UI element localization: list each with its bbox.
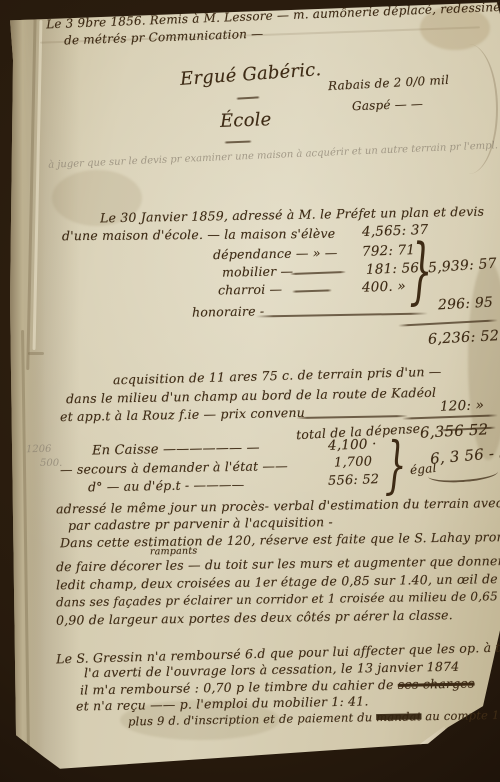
honoraire-dash-rule xyxy=(256,312,428,317)
estimation-line-4: de faire décorer les — du toit sur les m… xyxy=(56,553,500,575)
acquisition-line-1: acquisition de 11 ares 75 c. de terrain … xyxy=(113,364,442,388)
page-subtitle: École xyxy=(220,109,272,132)
honoraire-underline xyxy=(398,319,498,326)
acquisition-line-2: dans le milieu d'un champ au bord de la … xyxy=(66,385,436,406)
subtitle-underline xyxy=(224,141,252,144)
estimation-line-6: dans ses façades pr éclairer un corridor… xyxy=(56,589,500,610)
page-title: Ergué Gabéric. xyxy=(179,59,322,90)
honoraire-label: honoraire - xyxy=(192,303,265,319)
caisse-row-3-label: d° — au d'ép.t - ———— xyxy=(88,477,245,495)
mobilier-dash xyxy=(290,271,346,275)
top-note-line-1: Le 3 9bre 1856. Remis à M. Lessore — m. … xyxy=(46,0,500,31)
item-value-dependance: 792: 71 xyxy=(362,242,416,260)
honoraire-value: 296: 95 xyxy=(438,295,494,314)
item-value-charroi: 400. » xyxy=(362,278,406,296)
rabais-note-line-2: Gaspé — — xyxy=(352,97,424,113)
estimation-inserted-word: rampants xyxy=(150,546,198,558)
acquisition-amount-underline xyxy=(402,414,498,419)
item-label-mobilier: mobilier — xyxy=(222,263,293,279)
caisse-row-1-label: En Caisse —————— — xyxy=(92,441,260,459)
total-depense-value: 6,356 52 xyxy=(420,420,489,442)
caisse-row-2-label: — secours à demander à l'état —— xyxy=(60,458,288,477)
photo-background: Le 3 9bre 1856. Remis à M. Lessore — m. … xyxy=(0,0,500,782)
top-note-line-2: de métrés pr Communication — xyxy=(64,27,264,48)
caisse-row-2-value: 1,700 xyxy=(334,454,373,470)
item-label-dependance: dépendance — » — xyxy=(213,245,338,262)
estimation-line-7: 0,90 de largeur aux portes des deux côté… xyxy=(56,607,453,628)
estimation-line-5: ledit champ, deux croisées au 1er étage … xyxy=(56,571,500,593)
title-underline xyxy=(236,96,260,99)
charroi-dash xyxy=(292,289,332,292)
acquisition-amount: 120: » xyxy=(440,397,485,415)
caisse-brace: } xyxy=(385,434,407,496)
acquisition-dash-rule xyxy=(296,415,408,419)
pencil-annotation: à juger que sur le devis pr examiner une… xyxy=(48,140,498,171)
rabais-note-line-1: Rabais de 2 0/0 mil xyxy=(328,73,450,93)
closing-line-5-text-b: au compte 1, 35. xyxy=(421,708,500,724)
caisse-total-value: 6, 3 56 - 52 xyxy=(429,442,500,468)
closing-line-5-blot-word: mandat xyxy=(376,709,421,724)
caisse-row-3-value: 556: 52 xyxy=(328,472,380,489)
acquisition-line-3: et app.t à la Rouz f.ie — prix convenu xyxy=(60,405,305,424)
total-depense-partielle: 6,236: 52 xyxy=(428,328,500,348)
estimation-line-1: adressé le même jour un procès- verbal d… xyxy=(56,495,500,517)
closing-line-5-text-a: plus 9 d. d'inscription et de paiement d… xyxy=(128,710,376,728)
estimation-line-2: par cadastre pr parvenir à l'acquisition… xyxy=(68,514,333,533)
subtotal-value: 5,939: 57 xyxy=(428,256,498,277)
item-label-charroi: charroi — xyxy=(218,281,283,297)
closing-line-3-struck-word: ses charges xyxy=(398,676,475,692)
handwriting-layer: Le 3 9bre 1856. Remis à M. Lessore — m. … xyxy=(0,0,500,782)
margin-note-1206: 1206 xyxy=(26,444,52,455)
entry-intro-line-2: d'une maison d'école. — la maison s'élèv… xyxy=(62,226,335,243)
caisse-row-1-value: 4,100 · xyxy=(328,436,377,454)
